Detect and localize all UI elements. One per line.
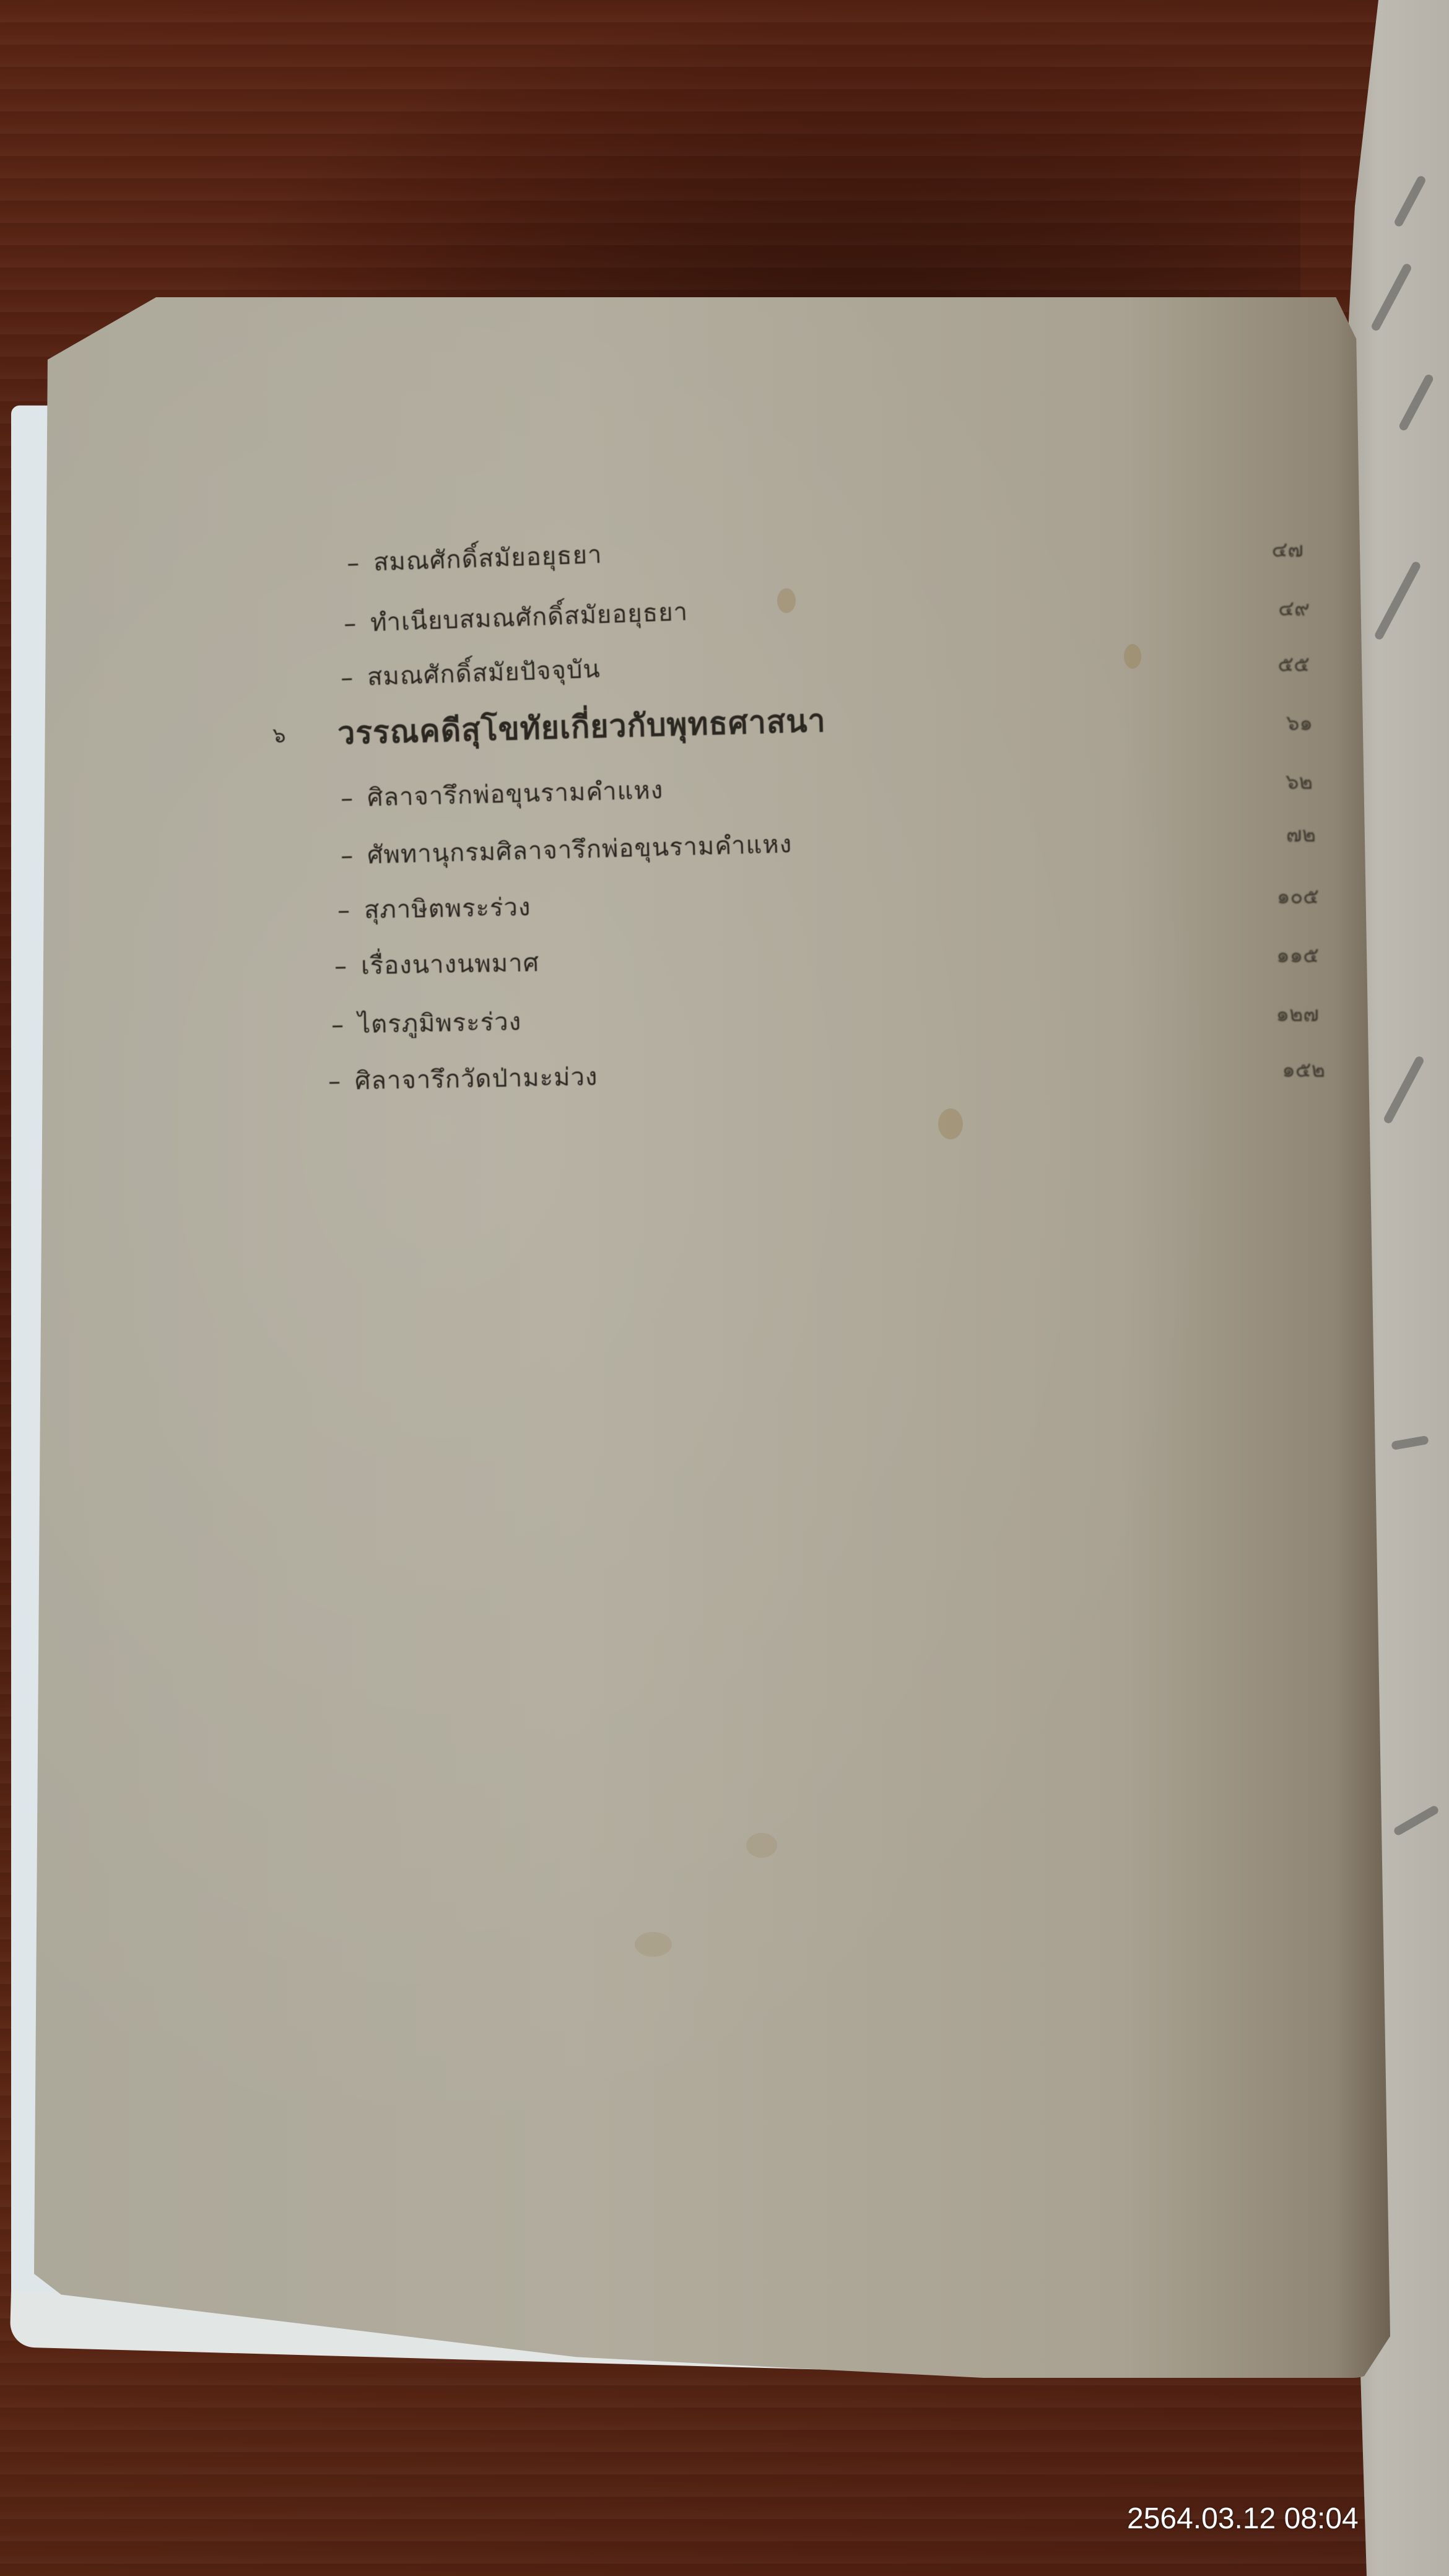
toc-entry-title: ศิลาจารึกพ่อขุนรามคำแหง xyxy=(367,776,663,812)
toc-dash: – xyxy=(337,896,351,925)
toc-chapter-number: ๖ xyxy=(272,718,286,752)
toc-entry: –ศิลาจารึกวัดป่ามะม่วง xyxy=(328,1056,598,1101)
toc-dash: – xyxy=(343,609,357,638)
toc-dash: – xyxy=(340,664,354,693)
toc-dash: – xyxy=(346,549,360,578)
toc-page-number: ๗๒ xyxy=(1235,817,1316,851)
toc-entry: –สุภาษิตพระร่วง xyxy=(337,887,531,929)
photo-timestamp: 2564.03.12 08:04 xyxy=(1127,2502,1359,2536)
toc-page-number: ๑๐๕ xyxy=(1238,879,1319,913)
toc-entry-title: สมณศักดิ์สมัยอยุธยา xyxy=(373,541,603,577)
adjacent-page-text-mark xyxy=(1391,1435,1429,1450)
toc-entry-title: สมณศักดิ์สมัยปัจจุบัน xyxy=(367,655,601,692)
toc-entry-title: ศิลาจารึกวัดป่ามะม่วง xyxy=(355,1063,598,1095)
toc-entry: –ไตรภูมิพระร่วง xyxy=(331,1001,521,1044)
toc-entry-title: ไตรภูมิพระร่วง xyxy=(358,1007,522,1039)
toc-page-number: ๔๗ xyxy=(1223,533,1303,566)
adjacent-page-text-mark xyxy=(1393,1804,1440,1837)
toc-entry-title: เรื่องนางนพมาศ xyxy=(361,949,540,980)
toc-page-number: ๑๕๒ xyxy=(1245,1053,1325,1086)
adjacent-page-text-mark xyxy=(1370,263,1413,333)
toc-dash: – xyxy=(341,784,354,813)
toc-entry-title: ศัพทานุกรมศิลาจารึกพ่อขุนรามคำแหง xyxy=(367,830,793,869)
toc-dash: – xyxy=(334,952,348,981)
toc-dash: – xyxy=(328,1067,342,1095)
toc-entry-title: วรรณคดีสุโขทัยเกี่ยวกับพุทธศาสนา xyxy=(337,703,826,752)
toc-dash: – xyxy=(341,842,354,871)
foxing-spot xyxy=(635,1932,672,1957)
book-page xyxy=(34,297,1390,2378)
adjacent-page-text-mark xyxy=(1398,373,1434,432)
foxing-spot xyxy=(938,1108,963,1139)
adjacent-page-text-mark xyxy=(1373,560,1422,641)
toc-entry: –ศิลาจารึกพ่อขุนรามคำแหง xyxy=(340,770,664,818)
adjacent-page-text-mark xyxy=(1393,175,1427,228)
toc-entry-title: สุภาษิตพระร่วง xyxy=(364,893,531,925)
toc-page-number: ๖๒ xyxy=(1232,765,1313,798)
toc-entry-title: ทำเนียบสมณศักดิ์สมัยอยุธยา xyxy=(370,598,688,637)
toc-page-number: ๑๒๗ xyxy=(1238,997,1319,1030)
toc-page-number: ๑๑๕ xyxy=(1238,938,1319,972)
toc-dash: – xyxy=(331,1011,345,1039)
toc-page-number: ๕๕ xyxy=(1229,647,1310,681)
foxing-spot xyxy=(1124,644,1141,669)
toc-entry: –เรื่องนางนพมาศ xyxy=(334,942,539,986)
foxing-spot xyxy=(746,1833,777,1858)
foxing-spot xyxy=(777,588,796,613)
adjacent-page-text-mark xyxy=(1383,1055,1425,1125)
toc-page-number: ๔๙ xyxy=(1229,591,1310,625)
toc-page-number: ๖๑ xyxy=(1232,706,1313,739)
